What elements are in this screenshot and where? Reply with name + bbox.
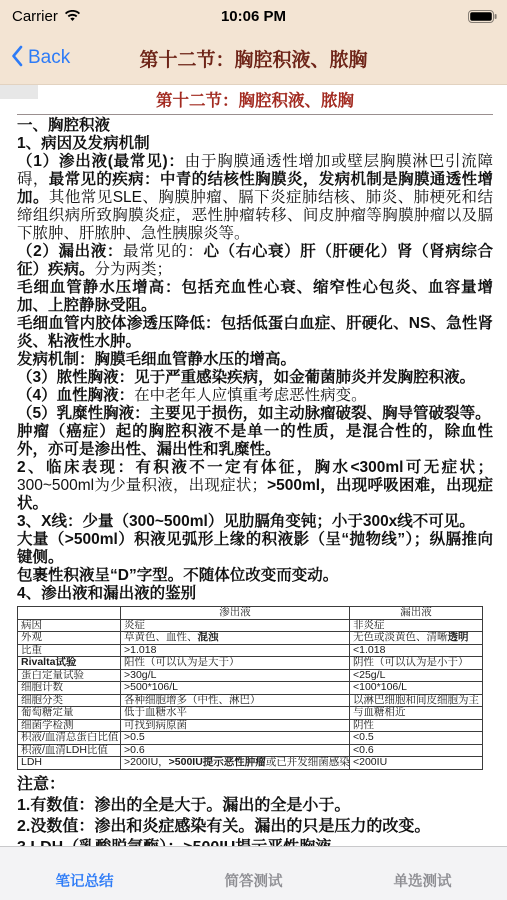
text-run: 可找到病原菌 (124, 719, 187, 731)
tab-label: 笔记总结 (56, 870, 114, 891)
text-run: （3）脓性胸液：见于严重感染疾病，如金葡菌肺炎并发胸腔积液。 (17, 369, 475, 386)
table-cell: <0.5 (350, 732, 483, 745)
text-run: 比重 (21, 644, 42, 656)
note-line-clipped: 3.LDH（乳酸脱氢酶）：>500IU提示恶性胸液 (17, 837, 493, 847)
text-run: <1.018 (353, 644, 385, 656)
text-run: 葡萄糖定量 (21, 707, 74, 719)
table-cell: <0.6 (350, 744, 483, 757)
table-cell: 炎症 (121, 619, 350, 632)
text-run: 在中老年人应慎重考虑恶性病变。 (134, 387, 367, 404)
paragraphs-before-table: 一、胸腔积液1、病因及发病机制（1）渗出液(最常见)：由于胸膜通透性增加或壁层胸… (17, 117, 493, 603)
table-row: Rivalta试验阳性（可以认为是大于）阴性（可以认为是小于） (18, 657, 483, 670)
paragraph: （1）渗出液(最常见)：由于胸膜通透性增加或壁层胸膜淋巴引流障碍，最常见的疾病：… (17, 153, 493, 243)
paragraph: （2）漏出液：最常见的：心（右心衰）肝（肝硬化）肾（肾病综合征）疾病。分为两类； (17, 243, 493, 279)
text-run: 以淋巴细胞和间皮细胞为主 (353, 694, 479, 706)
text-run: 包裹性积液呈“D”字型。不随体位改变而变动。 (17, 567, 338, 584)
text-run: <0.6 (353, 744, 374, 756)
tab-notes-summary[interactable]: 笔记总结 (0, 847, 169, 900)
table-header-cell: 漏出液 (350, 607, 483, 620)
text-run: >1.018 (124, 644, 156, 656)
text-run: 病因 (21, 619, 42, 631)
row-label-cell: 细菌学检测 (18, 719, 121, 732)
text-run: 注意： (17, 776, 65, 793)
text-run: >500*106/L (124, 682, 178, 694)
paragraph: 毛细血管静水压增高：包括充血性心衰、缩窄性心包炎、血容量增加、上腔静脉受阻。 (17, 279, 493, 315)
text-run: 3.LDH（乳酸脱氢酶）：>500IU提示恶性胸液 (17, 839, 331, 847)
paragraph: 2、临床表现：有积液不一定有体征，胸水<300ml可无症状；300~500ml为… (17, 459, 493, 513)
page-title: 第十二节：胸腔积液、脓胸 (0, 45, 507, 72)
text-run: Rivalta试验 (21, 657, 76, 669)
text-run: 与血糖相近 (353, 707, 406, 719)
chevron-left-icon (10, 45, 23, 72)
text-run: 毛细血管内胶体渗透压降低：包括低蛋白血症、肝硬化、NS、急性肾炎、粘液性水肿。 (17, 315, 493, 350)
comparison-table: 渗出液漏出液病因炎症非炎症外观草黄色、血性、混浊无色或淡黄色、清晰透明比重>1.… (17, 606, 483, 770)
paragraph: （5）乳糜性胸液：主要见于损伤，如主动脉瘤破裂、胸导管破裂等。 (17, 405, 493, 423)
row-label-cell: 外观 (18, 632, 121, 645)
section-heading: 第十二节：胸腔积液、脓胸 (17, 91, 493, 111)
table-cell: 阴性（可以认为是小于） (350, 657, 483, 670)
table-cell: >30g/L (121, 669, 350, 682)
tab-label: 简答测试 (225, 870, 283, 891)
row-label-cell: 蛋白定量试验 (18, 669, 121, 682)
row-label-cell: 病因 (18, 619, 121, 632)
note-line: 注意： (17, 774, 493, 795)
tab-short-answer-quiz[interactable]: 简答测试 (169, 847, 338, 900)
tab-bar: 笔记总结简答测试单选测试 (0, 846, 507, 900)
text-run: <100*106/L (353, 682, 407, 694)
row-label-cell: 细胞计数 (18, 682, 121, 695)
text-run: 无色或淡黄色、清晰 (353, 632, 448, 644)
carrier-label: Carrier (12, 8, 58, 25)
text-run: <25g/L (353, 669, 385, 681)
table-cell: 以淋巴细胞和间皮细胞为主 (350, 694, 483, 707)
table-row: 细菌学检测可找到病原菌阴性 (18, 719, 483, 732)
status-bar: Carrier 10:06 PM (0, 0, 507, 32)
text-run: 炎症 (124, 619, 145, 631)
text-run: 细菌学检测 (21, 719, 74, 731)
text-run: 毛细血管静水压增高：包括充血性心衰、缩窄性心包炎、血容量增加、上腔静脉受阻。 (17, 279, 493, 314)
table-header-row: 渗出液漏出液 (18, 607, 483, 620)
notes-content-scroll-area[interactable]: 第十二节：胸腔积液、脓胸 一、胸腔积液1、病因及发病机制（1）渗出液(最常见)：… (0, 85, 507, 846)
text-run: >0.5 (124, 732, 145, 744)
text-run: 2、临床表现：有积液不一定有体征，胸水<300ml可无症状； (17, 459, 493, 476)
table-row: 蛋白定量试验>30g/L<25g/L (18, 669, 483, 682)
tab-label: 单选测试 (394, 870, 452, 891)
text-run: LDH (21, 757, 42, 769)
table-cell: 阴性 (350, 719, 483, 732)
table-row: 病因炎症非炎症 (18, 619, 483, 632)
text-run: 草黄色、血性、 (124, 632, 198, 644)
text-run: 2.没数值：渗出和炎症感染有关。漏出的只是压力的改变。 (17, 818, 430, 835)
text-run: 透明 (448, 632, 469, 644)
text-run: 300~500ml为少量积液，出现症状； (17, 477, 267, 494)
row-label-cell: 比重 (18, 644, 121, 657)
text-run: 各种细胞增多（中性、淋巴） (124, 694, 261, 706)
table-cell: <1.018 (350, 644, 483, 657)
text-run: （5）乳糜性胸液：主要见于损伤， (17, 405, 258, 422)
table-cell: 非炎症 (350, 619, 483, 632)
table-row: 外观草黄色、血性、混浊无色或淡黄色、清晰透明 (18, 632, 483, 645)
paragraph: 1、病因及发病机制 (17, 135, 493, 153)
text-run: （2）漏出液： (17, 243, 123, 260)
nav-bar: Back 第十二节：胸腔积液、脓胸 (0, 32, 507, 85)
text-run: （1）渗出液(最常见)： (17, 153, 185, 170)
note-line: 1.有数值：渗出的全是大于。漏出的全是小于。 (17, 795, 493, 816)
paragraph: 肿瘤（癌症）起的胸腔积液不是单一的性质，是混合性的，除血性外，亦可是渗出性、漏出… (17, 423, 493, 459)
table-cell: 阳性（可以认为是大于） (121, 657, 350, 670)
note-line: 2.没数值：渗出和炎症感染有关。漏出的只是压力的改变。 (17, 816, 493, 837)
text-run: 混浊 (198, 632, 219, 644)
table-cell: >200IU，>500IU提示恶性肿瘤或已并发细菌感染 (121, 757, 350, 770)
text-run: <0.5 (353, 732, 374, 744)
row-label-cell: 细胞分类 (18, 694, 121, 707)
text-run: 一、胸腔积液 (17, 117, 110, 134)
text-run: 最常见的： (123, 243, 204, 260)
table-row: 积液/血清总蛋白比值>0.5<0.5 (18, 732, 483, 745)
text-run: 低于血糖水平 (124, 707, 187, 719)
text-run: 肿瘤（癌症）起的胸腔积液不是单一的性质，是混合性的，除血性外，亦可是渗出性、漏出… (17, 423, 493, 458)
text-run: 积液/血清总蛋白比值 (21, 732, 118, 744)
text-run: 或已并发细菌感染 (266, 757, 350, 769)
table-cell: <25g/L (350, 669, 483, 682)
text-run: >500IU提示恶性肿瘤 (169, 757, 266, 769)
table-cell: 低于血糖水平 (121, 707, 350, 720)
status-bar-left: Carrier (12, 8, 81, 25)
text-run: 阴性 (353, 719, 374, 731)
table-cell: 草黄色、血性、混浊 (121, 632, 350, 645)
table-cell: <100*106/L (350, 682, 483, 695)
text-run: 如主动脉瘤破裂、胸导管破裂等。 (258, 405, 491, 422)
paragraph: 大量（>500ml）积液见弧形上缘的积液影（呈“抛物线”）；纵膈推向键侧。 (17, 531, 493, 567)
text-run: 非炎症 (353, 619, 385, 631)
paragraph: 毛细血管内胶体渗透压降低：包括低蛋白血症、肝硬化、NS、急性肾炎、粘液性水肿。 (17, 315, 493, 351)
table-cell: >1.018 (121, 644, 350, 657)
table-row: LDH>200IU，>500IU提示恶性肿瘤或已并发细菌感染<200IU (18, 757, 483, 770)
text-run: >30g/L (124, 669, 156, 681)
table-cell: <200IU (350, 757, 483, 770)
text-run: >200IU， (124, 757, 169, 769)
paragraph: 一、胸腔积液 (17, 117, 493, 135)
row-label-cell: 葡萄糖定量 (18, 707, 121, 720)
back-button[interactable]: Back (10, 45, 70, 72)
battery-icon (468, 10, 497, 23)
row-label-cell: Rivalta试验 (18, 657, 121, 670)
paragraph: 发病机制：胸膜毛细血管静水压的增高。 (17, 351, 493, 369)
table-cell: >500*106/L (121, 682, 350, 695)
text-run: 外观 (21, 632, 42, 644)
table-cell: >0.5 (121, 732, 350, 745)
text-run: 分为两类； (95, 261, 173, 278)
paragraph: （3）脓性胸液：见于严重感染疾病，如金葡菌肺炎并发胸腔积液。 (17, 369, 493, 387)
paragraph: 3、X线：少量（300~500ml）见肋膈角变钝；小于300x线不可见。 (17, 513, 493, 531)
table-header-cell (18, 607, 121, 620)
row-label-cell: 积液/血清LDH比值 (18, 744, 121, 757)
text-run: 阳性（可以认为是大于） (124, 657, 240, 669)
paragraph: 包裹性积液呈“D”字型。不随体位改变而变动。 (17, 567, 493, 585)
row-label-cell: LDH (18, 757, 121, 770)
text-run: <200IU (353, 757, 387, 769)
tab-multiple-choice-quiz[interactable]: 单选测试 (338, 847, 507, 900)
scroll-indicator (0, 85, 38, 99)
table-header-cell: 渗出液 (121, 607, 350, 620)
text-run: 蛋白定量试验 (21, 669, 84, 681)
table-cell: 无色或淡黄色、清晰透明 (350, 632, 483, 645)
table-cell: 与血糖相近 (350, 707, 483, 720)
text-run: 细胞计数 (21, 682, 63, 694)
paragraphs-after-table: 注意：1.有数值：渗出的全是大于。漏出的全是小于。2.没数值：渗出和炎症感染有关… (17, 774, 493, 847)
text-run: 发病机制：胸膜毛细血管静水压的增高。 (17, 351, 296, 368)
text-run: 阴性（可以认为是小于） (353, 657, 469, 669)
text-run: 3、X线：少量（300~500ml）见肋膈角变钝；小于300x线不可见。 (17, 513, 475, 530)
text-run: 其他常见SLE、胸膜肿瘤、膈下炎症肺结核、肺炎、肺梗死和结缔组织病所致胸膜炎症，… (17, 189, 493, 242)
table-row: 比重>1.018<1.018 (18, 644, 483, 657)
text-run: （4）血性胸液： (17, 387, 134, 404)
heading-divider (17, 114, 493, 115)
wifi-icon (64, 10, 81, 22)
table-row: 葡萄糖定量低于血糖水平与血糖相近 (18, 707, 483, 720)
text-run: 4、渗出液和漏出液的鉴别 (17, 585, 196, 602)
table-row: 细胞计数>500*106/L<100*106/L (18, 682, 483, 695)
text-run: >0.6 (124, 744, 145, 756)
table-cell: 各种细胞增多（中性、淋巴） (121, 694, 350, 707)
paragraph: （4）血性胸液：在中老年人应慎重考虑恶性病变。 (17, 387, 493, 405)
text-run: 积液/血清LDH比值 (21, 744, 108, 756)
text-run: 大量（>500ml）积液见弧形上缘的积液影（呈“抛物线”）；纵膈推向键侧。 (17, 531, 493, 566)
table-cell: 可找到病原菌 (121, 719, 350, 732)
app-window: Carrier 10:06 PM (0, 0, 507, 900)
table-row: 积液/血清LDH比值>0.6<0.6 (18, 744, 483, 757)
back-button-label: Back (28, 47, 70, 69)
table-cell: >0.6 (121, 744, 350, 757)
text-run: 1.有数值：渗出的全是大于。漏出的全是小于。 (17, 797, 350, 814)
text-run: 1、病因及发病机制 (17, 135, 150, 152)
row-label-cell: 积液/血清总蛋白比值 (18, 732, 121, 745)
table-row: 细胞分类各种细胞增多（中性、淋巴）以淋巴细胞和间皮细胞为主 (18, 694, 483, 707)
paragraph: 4、渗出液和漏出液的鉴别 (17, 585, 493, 603)
text-run: 细胞分类 (21, 694, 63, 706)
